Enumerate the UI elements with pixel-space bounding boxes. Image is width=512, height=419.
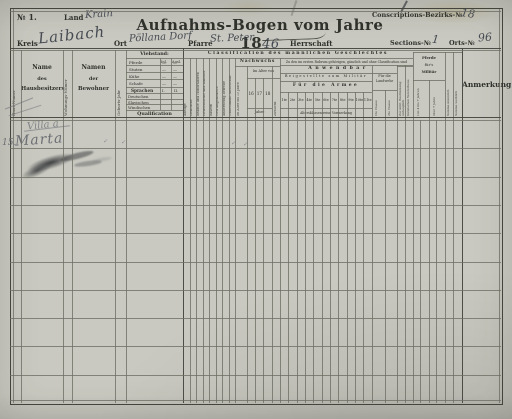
viehstand-row-dash: —	[173, 67, 177, 72]
grid-vline	[203, 58, 204, 403]
grid-hline	[372, 90, 397, 91]
hausbesitzer-line3: Hausbesitzers	[21, 84, 63, 95]
qualification-label: Qualification	[126, 111, 183, 117]
grid-vline	[216, 58, 217, 403]
grid-vline	[330, 92, 331, 403]
classification-category-label: Bauern	[210, 60, 215, 116]
nachwuchs-title: Nachwuchs	[235, 59, 280, 64]
grid-hline	[280, 81, 372, 82]
bewohner-line2: der	[72, 74, 115, 84]
grid-vline	[196, 58, 197, 403]
classification-category-label: Gewerbsleute und Künstler	[203, 60, 208, 116]
grid-hline	[126, 104, 183, 105]
grid-vline	[499, 9, 500, 403]
viehstand-row-label: Stuten	[129, 67, 142, 72]
grid-vline	[453, 52, 454, 403]
grid-vline	[209, 58, 210, 403]
grid-vline	[190, 58, 191, 403]
grid-vline	[126, 50, 127, 403]
classification-category-label: Adelige	[184, 60, 189, 116]
pencil-tick-mark: ✓	[103, 138, 109, 146]
viehstand-row-dash: —	[162, 60, 166, 65]
armee-class-label: 11te	[364, 92, 372, 108]
nachwuchs-side-label: Im Alter bis 15 Jahre	[237, 68, 246, 116]
grid-vline	[413, 52, 414, 403]
viehstand-row-label: Kühe	[129, 74, 139, 79]
armee-foot-label: Altersklassenweise Vormerkung	[280, 111, 372, 115]
column-header-hausbesitzer: Name des Hausbesitzers	[21, 62, 63, 95]
grid-vline	[429, 80, 430, 403]
grid-vline	[72, 50, 73, 403]
grid-vline	[235, 58, 236, 403]
sections-value-handwritten: 1	[431, 33, 439, 47]
summe-col1-label: Summe männlich	[447, 56, 453, 116]
viehstand-row-label: Schafe	[129, 81, 143, 86]
landwehr-class-label: 1te Classe	[375, 91, 382, 116]
grid-hline	[280, 108, 372, 109]
grid-hline	[235, 66, 280, 67]
summe-col2-label: Summe weiblich	[455, 56, 461, 116]
table-row-line	[10, 148, 501, 149]
sheet-number: № 1.	[17, 12, 37, 22]
grid-vline	[263, 78, 264, 403]
table-row-line	[10, 375, 501, 376]
armee-class-label: 8te	[339, 92, 347, 108]
pferde-col1-label: von 4 bis 7 Jahren	[417, 82, 425, 116]
grid-hline	[397, 66, 413, 67]
nachwuchs-foot-label: Jahre	[247, 110, 272, 114]
table-row-line	[10, 346, 501, 347]
viehstand-title: Viehstand:	[126, 51, 183, 57]
armee-class-label: 2te	[288, 92, 296, 108]
grid-vline	[183, 48, 184, 403]
table-row-line	[10, 177, 501, 178]
grid-hline	[10, 50, 501, 51]
zuwachs-column-label: Zuwachs	[274, 68, 280, 116]
grid-hline	[413, 80, 445, 81]
grid-hline	[126, 110, 183, 111]
pfarre-value-handwritten: St. Peter	[210, 32, 254, 45]
grid-hline	[126, 99, 183, 100]
scanned-form-page: № 1. Land Krain Conscriptions-Bezirks-№ …	[0, 0, 512, 419]
grid-hline	[10, 11, 501, 12]
anmerkung-label: Anmerkung	[462, 80, 502, 89]
grid-hline	[126, 93, 183, 94]
table-row-line	[10, 290, 501, 291]
classification-category-label: Beamte und Honoratioren	[197, 60, 202, 116]
orts-label: Orts-№	[449, 39, 475, 47]
pferde-box-title: Pferde für's Militär	[413, 54, 445, 76]
grid-vline	[338, 92, 339, 403]
grid-vline	[355, 92, 356, 403]
grid-hline	[10, 117, 501, 118]
grid-vline	[363, 92, 364, 403]
armee-class-label: 6te	[322, 92, 330, 108]
viehstand-row-dash: —	[173, 60, 177, 65]
grid-hline	[126, 58, 183, 59]
grid-vline	[445, 52, 446, 403]
armee-class-label: 9te	[347, 92, 355, 108]
pferde-col2-label: über 7 Jahre	[433, 82, 441, 116]
side-col-untauglich-label: Zur milit. Bestimmung untauglich	[399, 67, 405, 116]
armee-label: Für die Armee	[280, 83, 372, 88]
militar-line1: Zu den im ersten Rubrum gehörigen, gänzl…	[280, 60, 413, 64]
landwehr-label: Für die Landwehr	[372, 74, 397, 84]
column-header-wohnung: Wohnungs-Numer	[64, 62, 72, 116]
bewohner-line3: Bewohner	[72, 84, 115, 95]
side-col-verstorbene-label: Inzwischen Verstorbene	[407, 67, 413, 116]
grid-vline	[305, 92, 306, 403]
bewohner-line1: Namen	[72, 62, 115, 74]
land-label: Land	[64, 13, 83, 22]
grid-vline	[115, 50, 116, 403]
grid-vline	[313, 92, 314, 403]
grid-hline	[247, 78, 280, 79]
grid-vline	[322, 92, 323, 403]
viehstand-row-dash: —	[162, 67, 166, 72]
viehstand-row-dash: —	[162, 81, 166, 86]
orts-value-handwritten: 96	[478, 31, 493, 45]
column-header-bewohner: Namen der Bewohner	[72, 62, 115, 95]
classification-category-label: Geistliche	[190, 60, 195, 116]
grid-hline	[126, 87, 183, 88]
grid-hline	[183, 58, 413, 59]
kreis-label: Kreis	[17, 39, 38, 48]
pferde-title-line3: Militär	[413, 68, 445, 75]
militar-line2: Anwendbar	[280, 66, 397, 71]
grid-vline	[21, 50, 22, 403]
table-row-line	[10, 262, 501, 263]
pferde-title-line1: Pferde	[413, 54, 445, 61]
viehstand-row-dash: —	[162, 74, 166, 79]
column-header-geburtsjahr: Geburts-Jahr	[117, 62, 126, 116]
landwehr-class-label: 2te Classe	[388, 91, 395, 116]
classification-title: Classification des männlichen Geschlecht…	[183, 51, 413, 56]
sections-label: Sections-№	[390, 39, 431, 47]
grid-vline	[288, 92, 289, 403]
grid-vline	[462, 48, 463, 403]
classification-category-label: Unbestimmt Abwesende	[229, 60, 234, 116]
pfarre-label: Pfarre	[188, 39, 213, 48]
grid-vline	[385, 90, 386, 403]
grid-hline	[280, 65, 413, 66]
classification-category-label: Anderweitig Befreite	[223, 60, 228, 116]
viehstand-row-label: Pferde	[129, 60, 142, 65]
militar-line3: Beigestellte zum Militär	[280, 74, 372, 78]
grid-vline	[13, 9, 14, 403]
hausbesitzer-line1: Name	[21, 62, 63, 74]
grid-vline	[347, 92, 348, 403]
pferde-title-line2: für's	[413, 61, 445, 68]
ort-label: Ort	[114, 39, 127, 48]
table-row-line	[10, 233, 501, 234]
grid-vline	[222, 58, 223, 403]
grid-hline	[413, 52, 462, 53]
grid-hline	[126, 79, 183, 80]
grid-hline	[10, 400, 501, 401]
herrschaft-label: Herrschaft	[290, 39, 333, 48]
classification-category-label: Neu Angesiedelte	[216, 60, 221, 116]
table-row-line	[10, 318, 501, 319]
table-row-line	[10, 205, 501, 206]
grid-vline	[63, 50, 64, 403]
hausbesitzer-line2: des	[21, 74, 63, 84]
grid-hline	[280, 92, 372, 93]
viehstand-row-dash: —	[173, 81, 177, 86]
grid-hline	[126, 65, 183, 66]
grid-hline	[247, 108, 272, 109]
grid-hline	[126, 72, 183, 73]
grid-hline	[10, 48, 501, 49]
grid-hline	[280, 73, 397, 74]
grid-vline	[229, 58, 230, 403]
armee-class-label: 5te	[313, 92, 321, 108]
grid-vline	[255, 78, 256, 403]
grid-hline	[10, 120, 501, 121]
grid-vline	[297, 92, 298, 403]
conscription-district-value: 18	[460, 6, 476, 21]
nachwuchs-age-cell: 18	[264, 78, 272, 108]
viehstand-row-dash: —	[173, 74, 177, 79]
grid-vline	[280, 58, 281, 403]
